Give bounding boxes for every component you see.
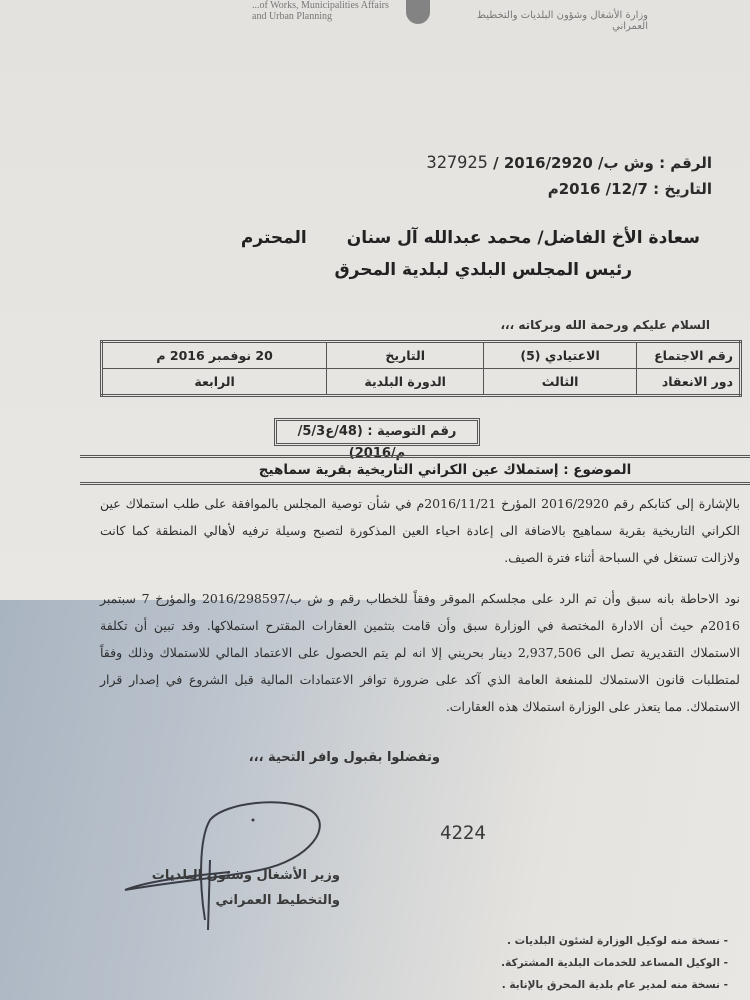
body-paragraph-1: بالإشارة إلى كتابكم رقم 2016/2920 المؤرخ… xyxy=(100,490,740,571)
table-cell: التاريخ xyxy=(327,342,484,369)
reference-date-value: 12/7/ 2016م xyxy=(548,180,648,198)
signatory-title-line2: والتخطيط العمراني xyxy=(170,893,340,908)
document-page: ...of Works, Municipalities Affairs and … xyxy=(0,0,750,1000)
addressee-name: سعادة الأخ الفاضل/ محمد عبدالله آل سنان xyxy=(347,228,700,248)
table-cell: دور الانعقاد xyxy=(637,369,741,396)
reference-number-row: الرقم : وش ب/ 2016/2920 / 327925 xyxy=(426,150,712,176)
copies-list: - نسخة منه لوكيل الوزارة لشئون البلديات … xyxy=(501,930,728,996)
letterhead-english: ...of Works, Municipalities Affairs and … xyxy=(252,0,402,22)
table-row: دور الانعقاد الثالث الدورة البلدية الراب… xyxy=(102,369,741,396)
kingdom-emblem-icon xyxy=(406,0,430,24)
copy-recipient: - الوكيل المساعد للخدمات البلدية المشترك… xyxy=(501,952,728,974)
table-cell: 20 نوفمبر 2016 م xyxy=(102,342,327,369)
closing-line: وتفضلوا بقبول وافر التحية ،،، xyxy=(249,750,440,765)
greeting: السلام عليكم ورحمة الله وبركاته ،،، xyxy=(500,318,710,332)
table-cell: الثالث xyxy=(484,369,637,396)
addressee-block: سعادة الأخ الفاضل/ محمد عبدالله آل سنان … xyxy=(241,228,700,280)
letterhead-arabic: وزارة الأشغال وشؤون البلديات والتخطيط ال… xyxy=(448,10,648,32)
body-paragraph-2: نود الاحاطة بانه سبق وأن تم الرد على مجل… xyxy=(100,585,740,720)
meeting-table: رقم الاجتماع الاعتيادي (5) التاريخ 20 نو… xyxy=(100,340,742,397)
reference-number-value: وش ب/ 2016/2920 / xyxy=(493,154,654,172)
recommendation-number-box: رقم التوصية : (48/ع5/3/م/2016) xyxy=(274,418,480,446)
reference-number-label: الرقم : xyxy=(659,154,712,172)
reference-date-row: التاريخ : 12/7/ 2016م xyxy=(426,176,712,202)
letterhead: ...of Works, Municipalities Affairs and … xyxy=(0,0,750,34)
table-cell: الدورة البلدية xyxy=(327,369,484,396)
table-row: رقم الاجتماع الاعتيادي (5) التاريخ 20 نو… xyxy=(102,342,741,369)
handwritten-reference-number: 327925 xyxy=(426,153,487,173)
reference-block: الرقم : وش ب/ 2016/2920 / 327925 التاريخ… xyxy=(426,150,712,202)
table-cell: رقم الاجتماع xyxy=(637,342,741,369)
letterhead-english-line1: ...of Works, Municipalities Affairs xyxy=(252,0,402,11)
table-cell: الاعتيادي (5) xyxy=(484,342,637,369)
signature xyxy=(110,800,330,930)
letterhead-english-line2: and Urban Planning xyxy=(252,11,402,22)
handwritten-annotation: 4224 xyxy=(440,822,486,844)
copy-recipient: - نسخة منه لمدير عام بلدية المحرق بالإنا… xyxy=(501,974,728,996)
copy-recipient: - نسخة منه لوكيل الوزارة لشئون البلديات … xyxy=(501,930,728,952)
signatory-block: وزير الأشغال وشئون البلديات والتخطيط الع… xyxy=(110,868,340,908)
addressee-honorific: المحترم xyxy=(241,228,307,248)
subject-line: الموضوع : إستملاك عين الكراني التاريخية … xyxy=(80,455,750,485)
table-cell: الرابعة xyxy=(102,369,327,396)
addressee-position: رئيس المجلس البلدي لبلدية المحرق xyxy=(241,260,632,280)
addressee-salutation-row: سعادة الأخ الفاضل/ محمد عبدالله آل سنان … xyxy=(241,228,700,248)
reference-date-label: التاريخ : xyxy=(653,180,712,198)
signatory-title-line1: وزير الأشغال وشئون البلديات xyxy=(110,868,340,883)
